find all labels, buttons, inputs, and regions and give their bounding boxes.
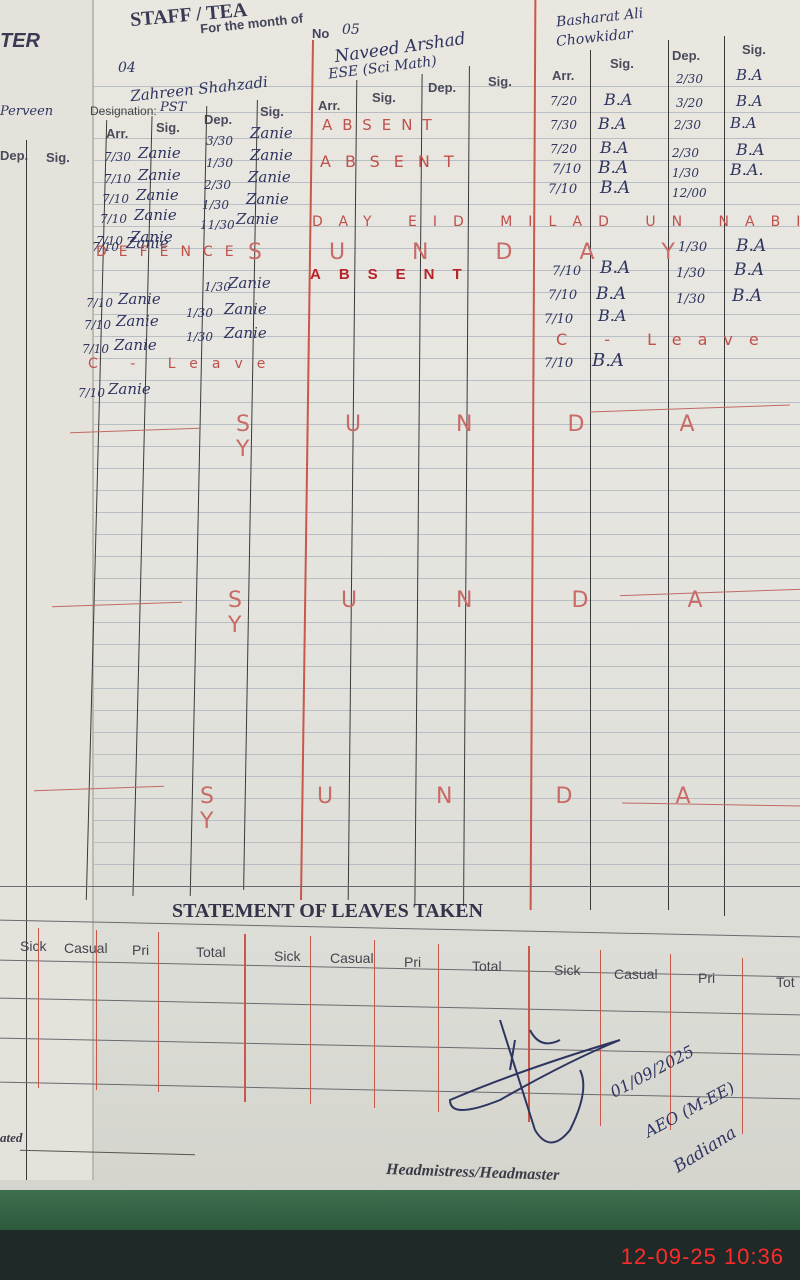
staff-2-col-dep: Dep. [428,80,456,95]
eid-milad-note: DAY EID MILAD UN NABI [312,214,800,230]
staff-2-col-sig2: Sig. [488,74,512,89]
staff-3-col-sig: Sig. [610,56,634,71]
number-value: 05 [342,22,360,38]
attested-label: ated [0,1130,22,1146]
leaves-statement-title: STATEMENT OF LEAVES TAKEN [172,900,483,923]
number-label: No [312,26,329,41]
staff-1-col-dep: Dep. [204,112,232,127]
staff-1-serial: 04 [118,60,136,76]
staff-2-col-sig: Sig. [372,90,396,105]
staff-1-leave-note: C - Leave [88,356,279,372]
staff-3-col-sig2: Sig. [742,42,766,57]
staff-3-designation: Chowkidar [555,26,633,50]
register-binding [0,1190,800,1230]
left-col-dep: Dep. [0,148,28,163]
staff-1-col-arr: Arr. [106,126,128,141]
defence-note: DEFENCE [96,244,246,260]
staff-1-col-sig: Sig. [156,120,180,135]
sunday-row-3: S U N D A Y [228,588,800,638]
staff-3-col-arr: Arr. [552,68,574,83]
register-page: TER Perveen Dep. Sig. STAFF / TEA For th… [0,0,800,1230]
sunday-row-2: S U N D A Y [236,412,800,462]
left-page-name: Perveen [0,104,53,119]
staff-1-designation-label: Designation: [90,104,157,118]
left-col-sig: Sig. [46,150,70,165]
camera-timestamp: 12-09-25 10:36 [621,1244,784,1270]
headmaster-label: Headmistress/Headmaster [386,1161,560,1185]
sunday-row-1: S U N D A Y [248,240,705,265]
staff-2-col-arr: Arr. [318,98,340,113]
staff-2-absent-note: ABSENT [310,266,480,283]
staff-3-col-dep: Dep. [672,48,700,63]
sunday-row-4: S U N D A Y [200,784,800,834]
signature-place: Badiana [670,1123,740,1177]
signature-scribble [440,1010,640,1150]
staff-1-col-sig2: Sig. [260,104,284,119]
staff-1-name: Zahreen Shahzadi [129,73,268,105]
staff-1-designation: PST [160,100,186,115]
staff-3-leave-note: C - Leave [556,330,775,349]
left-page-title: TER [0,30,40,53]
left-page: TER Perveen Dep. Sig. [0,0,94,1180]
